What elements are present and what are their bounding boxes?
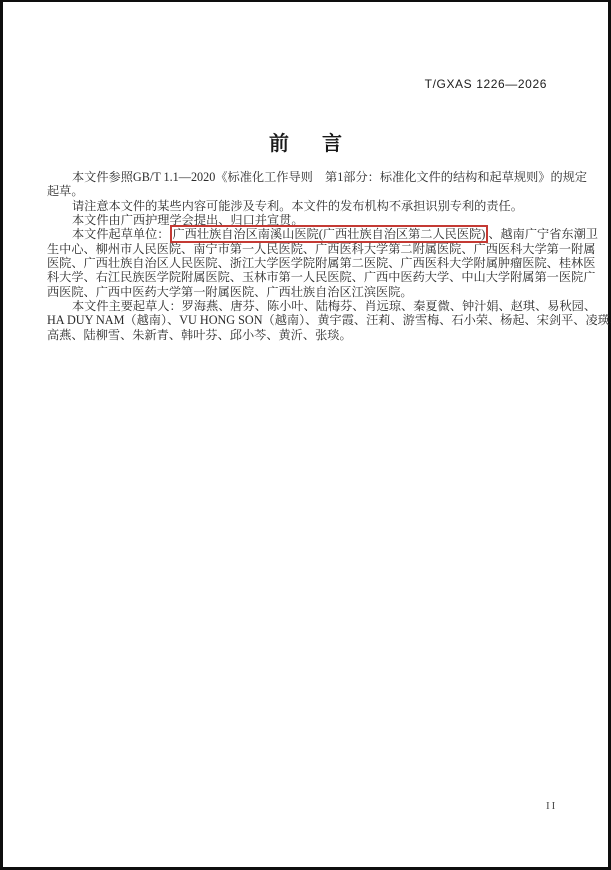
page-title-foreword: 前 言 [3,127,608,156]
highlighted-drafting-unit-box: 广西壮族自治区南溪山医院(广西壮族自治区第二人民医院) [170,225,489,243]
paragraph-line-drafting-units-5: 西医院、广西中医药大学第一附属医院、广西壮族自治区江滨医院。 [47,285,571,299]
title-char-2: 言 [322,127,342,156]
paragraph-line-main-drafters-2: HA DUY NAM（越南）、VU HONG SON（越南）、黄宇霞、汪莉、游雪… [47,313,571,327]
paragraph-line-drafting-units: 本文件起草单位：广西壮族自治区南溪山医院(广西壮族自治区第二人民医院)、越南广宁… [47,227,571,241]
paragraph-line-drafting-basis-cont: 起草。 [47,184,571,198]
paragraph-line-main-drafters-3: 高燕、陆柳雪、朱新青、韩叶芬、邱小芩、黄沂、张琰。 [47,328,571,342]
title-char-1: 前 [269,127,289,156]
foreword-body: 本文件参照GB/T 1.1—2020《标准化工作导则 第1部分：标准化文件的结构… [47,170,571,342]
screenshot-root: { "header": { "doc_number": "T/GXAS 1226… [0,0,611,870]
paragraph-line-drafting-basis: 本文件参照GB/T 1.1—2020《标准化工作导则 第1部分：标准化文件的结构… [47,170,571,184]
drafting-units-continued: 、越南广宁省东潮卫 [488,227,598,241]
document-page: T/GXAS 1226—2026 前 言 本文件参照GB/T 1.1—2020《… [3,2,608,867]
drafting-units-label: 本文件起草单位： [72,227,170,241]
paragraph-line-drafting-units-3: 医院、广西壮族自治区人民医院、浙江大学医学院附属第二医院、广西医科大学附属肿瘤医… [47,256,571,270]
document-number-header: T/GXAS 1226—2026 [425,77,547,91]
paragraph-line-drafting-units-2: 生中心、柳州市人民医院、南宁市第一人民医院、广西医科大学第二附属医院、广西医科大… [47,242,571,256]
paragraph-line-drafting-units-4: 科大学、右江民族医学院附属医院、玉林市第一人民医院、广西中医药大学、中山大学附属… [47,270,571,284]
page-number: II [546,800,557,812]
paragraph-line-main-drafters: 本文件主要起草人：罗海燕、唐芬、陈小叶、陆梅芬、肖远琼、秦夏微、钟汁娟、赵琪、易… [47,299,571,313]
doc-number-text: T/GXAS 1226—2026 [425,77,547,91]
paragraph-line-patent-notice: 请注意本文件的某些内容可能涉及专利。本文件的发布机构不承担识别专利的责任。 [47,199,571,213]
